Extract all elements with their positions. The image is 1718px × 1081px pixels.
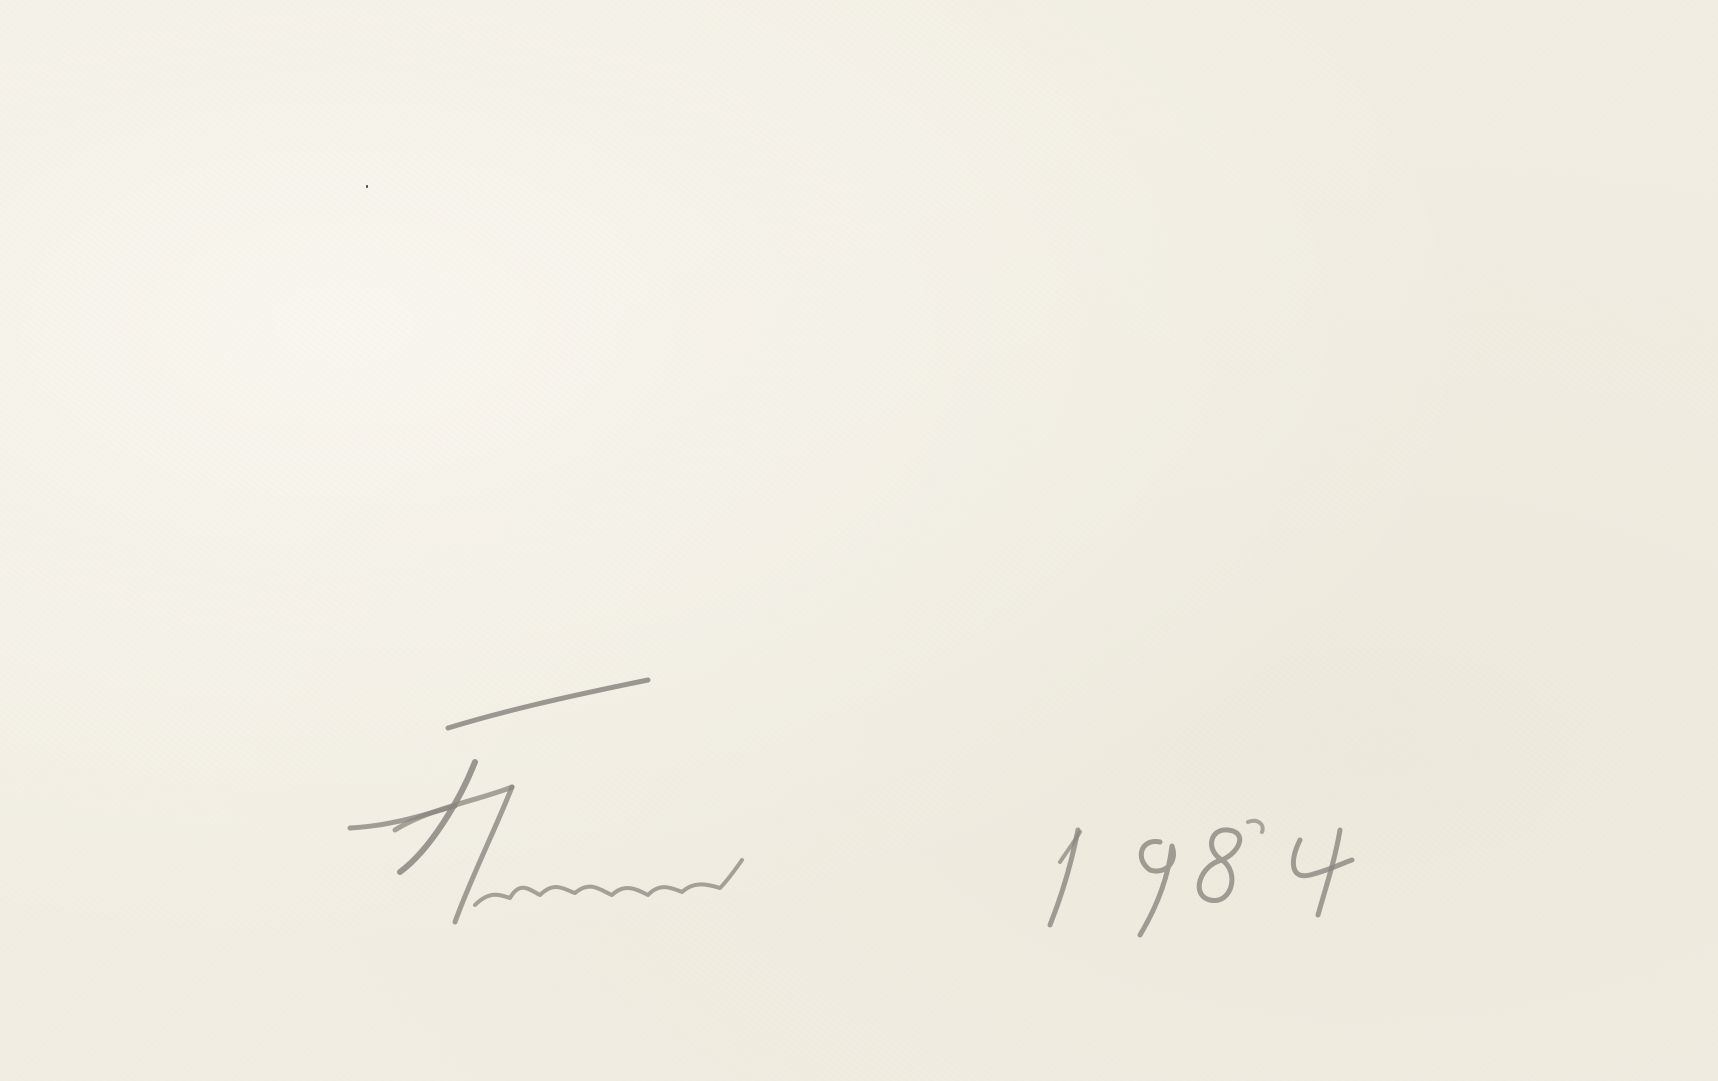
pencil-signature xyxy=(0,0,1718,1081)
paper-surface: Fremer 1984 xyxy=(0,0,1718,1081)
